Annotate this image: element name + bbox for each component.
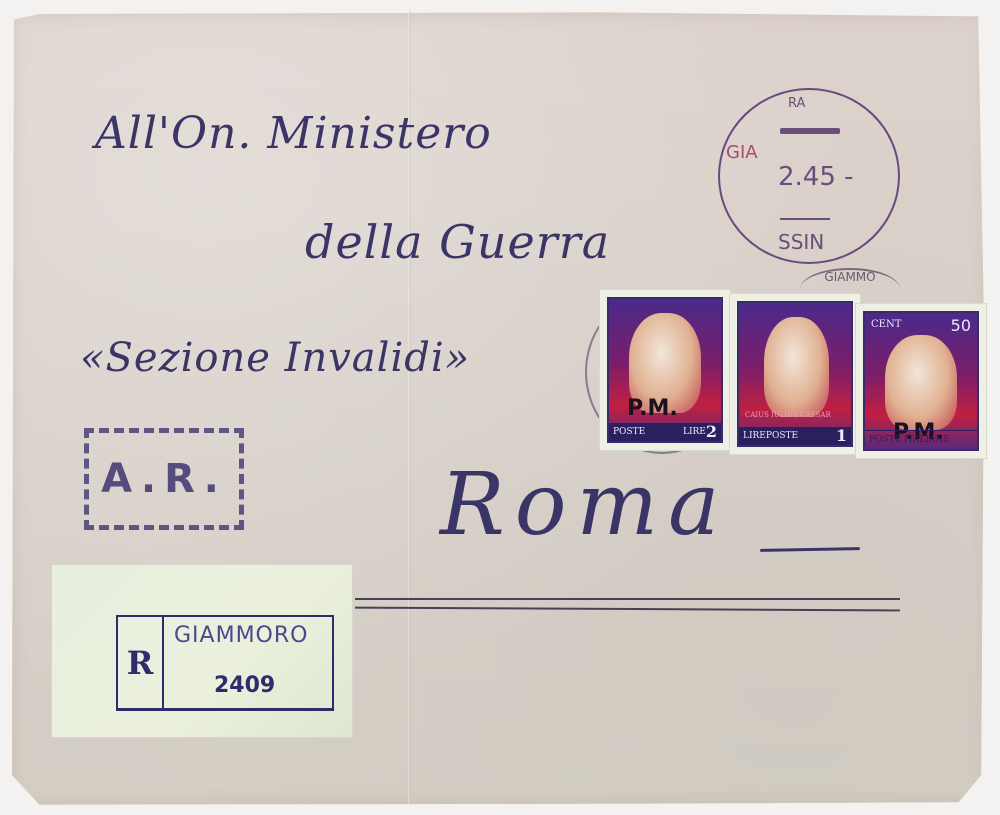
stamp-overprint: P.M. xyxy=(627,396,678,421)
postmark-bottom-text: SSIN xyxy=(778,230,824,254)
stamp-currency: CENT xyxy=(871,319,901,330)
postmark-date: 2.45 - xyxy=(778,162,854,192)
ship-icon xyxy=(780,128,840,134)
stamp-caption: POSTE ITALIANE xyxy=(766,427,836,445)
stamp-subject-caption: CAIUS IULIUS CAESAR xyxy=(745,411,831,419)
stamp-value: 1 xyxy=(836,427,847,445)
stamp-currency: LIRE xyxy=(743,427,766,445)
registration-box: R GIAMMORO 2409 xyxy=(116,615,334,711)
address-line-3: «Sezione Invalidi» xyxy=(80,335,470,381)
stamp-caption: POSTE ITALIANE xyxy=(869,431,950,449)
ar-handstamp: A.R. xyxy=(84,428,244,530)
registration-letter: R xyxy=(118,617,164,708)
stamp-caption-bar: POSTE ITALIANE LIRE 2 xyxy=(609,423,721,441)
stamp-caption-bar: LIRE POSTE ITALIANE 1 xyxy=(739,427,851,445)
circular-postmark: RA GIA 2.45 - SSIN xyxy=(718,88,900,264)
caesar-bust-icon xyxy=(764,317,829,416)
stamp-1-lira: CAIUS IULIUS CAESAR LIRE POSTE ITALIANE … xyxy=(730,294,860,454)
stamp-2-lire: P.M. POSTE ITALIANE LIRE 2 xyxy=(600,290,730,450)
stamp-face: P.M. POSTE ITALIANE LIRE 2 xyxy=(607,297,723,443)
postmark-bar xyxy=(780,218,830,220)
stamp-value: 2 xyxy=(706,423,717,441)
city-underline-1 xyxy=(355,598,900,600)
stamp-face: CENT 50 P.M. POSTE ITALIANE xyxy=(863,311,979,451)
stamp-caption-bar: POSTE ITALIANE xyxy=(865,430,977,449)
postmark-top-text: RA xyxy=(788,96,805,111)
address-line-2: della Guerra xyxy=(305,215,610,269)
address-city: Roma xyxy=(440,455,729,555)
stamp-50-cent: CENT 50 P.M. POSTE ITALIANE xyxy=(856,304,986,458)
stamp-face: CAIUS IULIUS CAESAR LIRE POSTE ITALIANE … xyxy=(737,301,853,447)
registration-label: R GIAMMORO 2409 xyxy=(52,565,352,737)
postmark-side-text: GIA xyxy=(726,142,758,163)
stamp-value: 50 xyxy=(951,316,971,335)
stamp-caption: POSTE ITALIANE xyxy=(613,423,683,441)
king-portrait-icon xyxy=(885,335,957,430)
registration-number: 2409 xyxy=(214,673,275,698)
stamp-currency: LIRE xyxy=(683,423,706,441)
registration-office: GIAMMORO xyxy=(174,623,308,648)
address-line-1: All'On. Ministero xyxy=(95,108,492,159)
